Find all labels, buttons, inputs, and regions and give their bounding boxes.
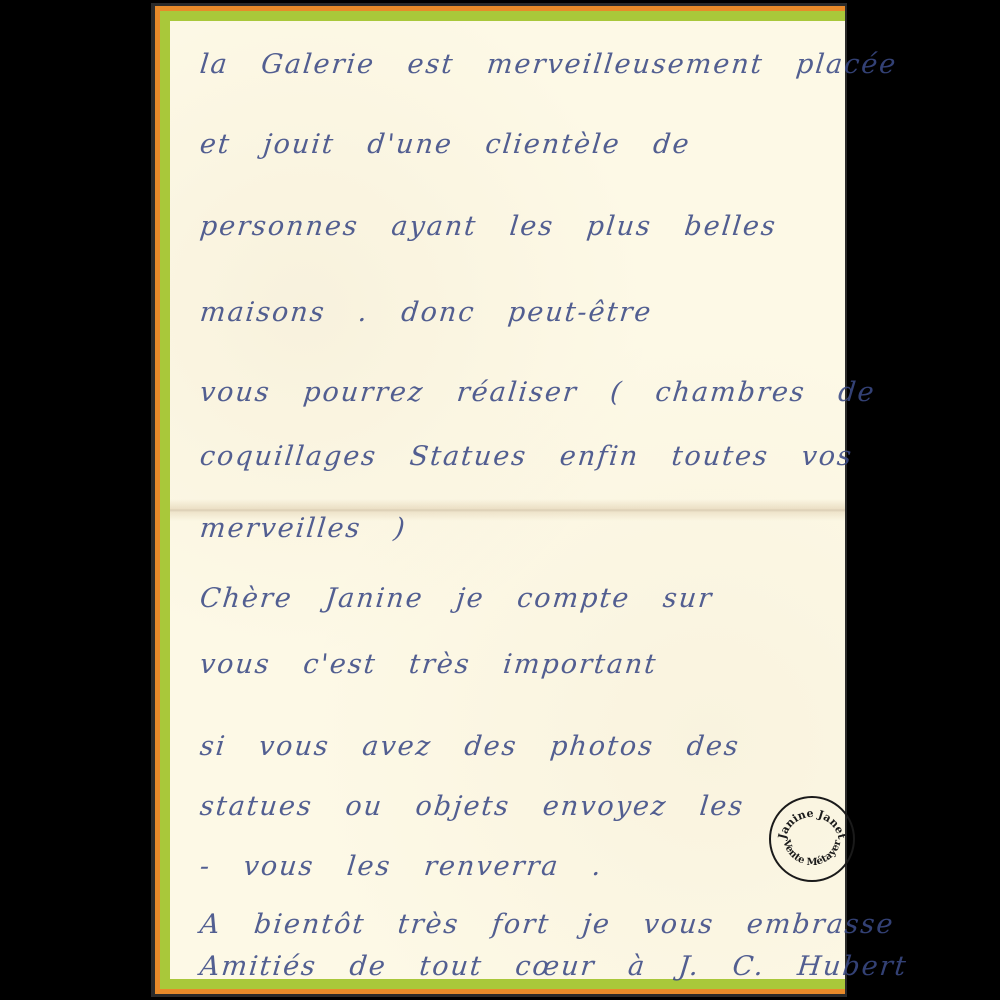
paper: la Galerie est merveilleusement placée e… bbox=[170, 21, 845, 979]
handwritten-line-4: maisons . donc peut-être bbox=[198, 297, 654, 328]
auction-stamp: Janine Janet Vente Métayer bbox=[769, 796, 855, 882]
letter-sheet: la Galerie est merveilleusement placée e… bbox=[155, 6, 845, 994]
handwritten-line-5: vous pourrez réaliser ( chambres de bbox=[198, 377, 877, 408]
stamp-top-text: Janine Janet bbox=[775, 807, 848, 842]
handwritten-line-6: coquillages Statues enfin toutes vos bbox=[198, 441, 854, 472]
handwritten-line-7: merveilles ) bbox=[198, 513, 408, 544]
stamp-bottom-text: Vente Métayer bbox=[780, 838, 844, 868]
handwritten-line-10: si vous avez des photos des bbox=[198, 731, 741, 762]
svg-text:Janine Janet: Janine Janet bbox=[775, 807, 848, 842]
handwritten-line-1: la Galerie est merveilleusement placée bbox=[198, 49, 899, 80]
green-border: la Galerie est merveilleusement placée e… bbox=[160, 11, 845, 989]
handwritten-line-14: Amitiés de tout cœur à J. C. Hubert bbox=[198, 951, 909, 982]
handwritten-line-13: A bientôt très fort je vous embrasse bbox=[198, 909, 896, 940]
handwritten-line-11: statues ou objets envoyez les bbox=[198, 791, 746, 822]
stamp-text-ring: Janine Janet Vente Métayer bbox=[771, 798, 853, 880]
svg-text:Vente Métayer: Vente Métayer bbox=[780, 838, 844, 868]
handwritten-line-12: - vous les renverra . bbox=[198, 851, 604, 882]
handwritten-line-9: vous c'est très important bbox=[198, 649, 658, 680]
handwritten-line-8: Chère Janine je compte sur bbox=[198, 583, 714, 614]
handwritten-line-2: et jouit d'une clientèle de bbox=[198, 129, 692, 160]
handwritten-line-3: personnes ayant les plus belles bbox=[198, 211, 778, 242]
